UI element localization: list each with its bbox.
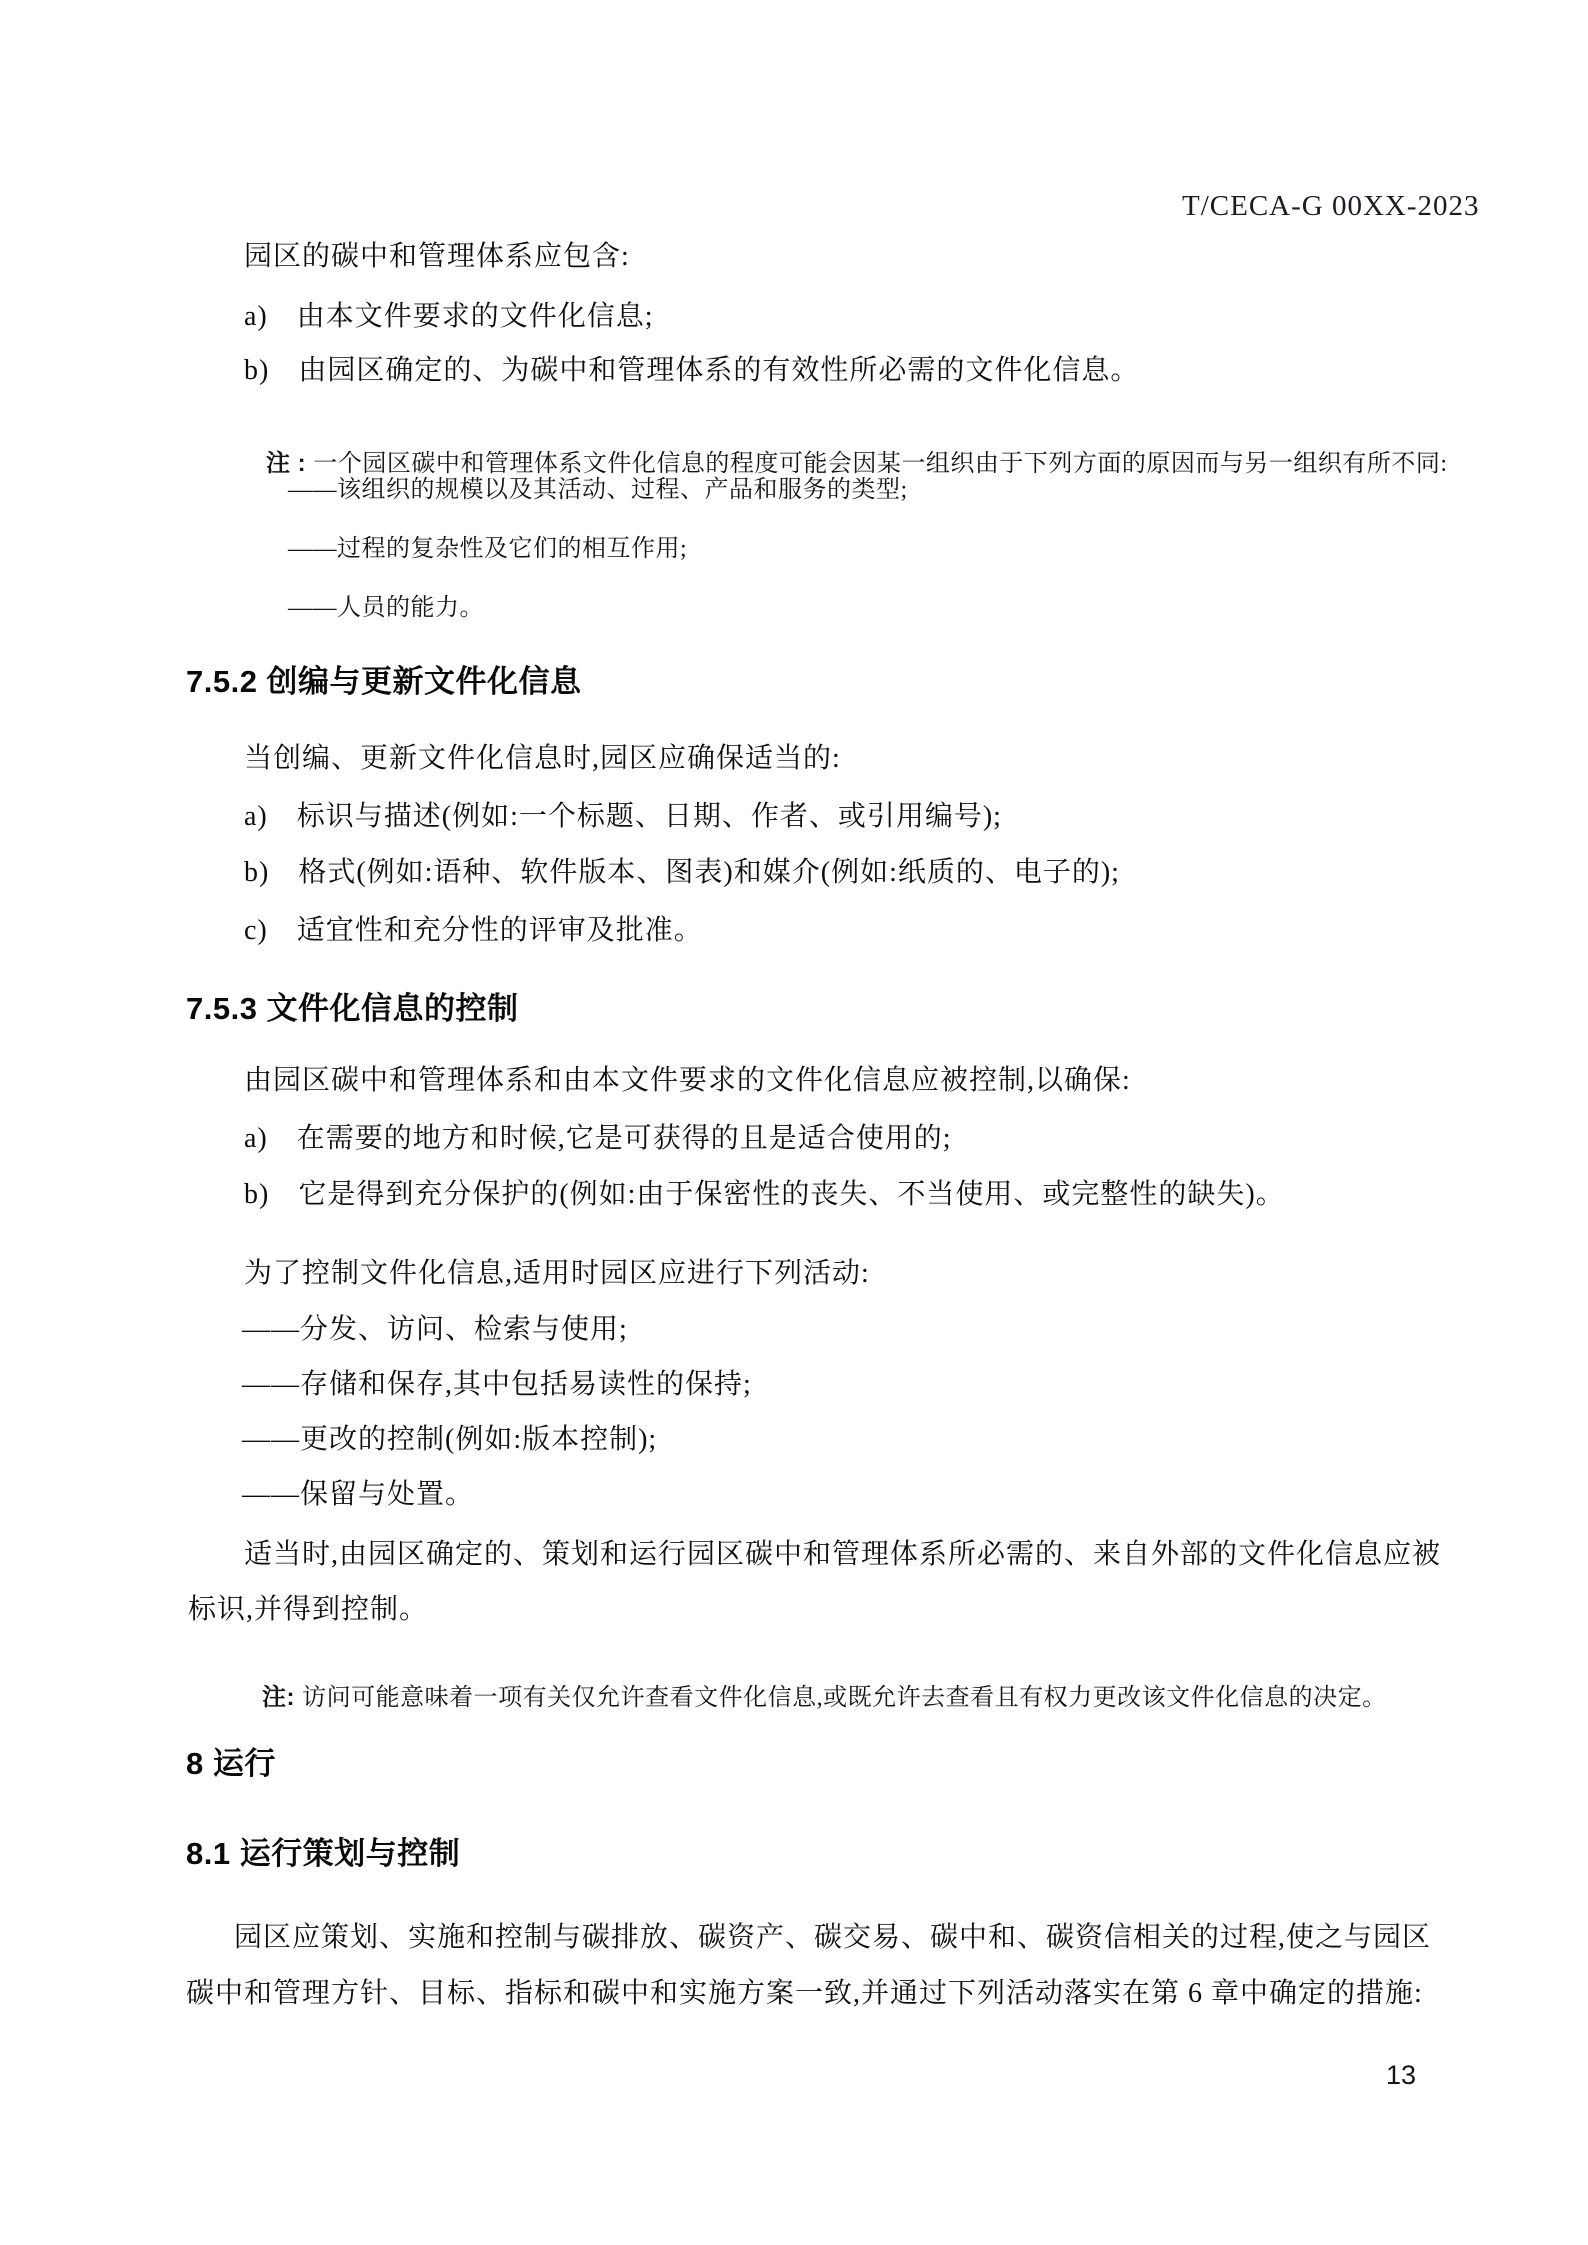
list-item-b: b) 格式(例如:语种、软件版本、图表)和媒介(例如:纸质的、电子的);: [244, 857, 1120, 889]
list-item-c: c) 适宜性和充分性的评审及批准。: [244, 915, 703, 947]
section-heading-752: 7.5.2 创编与更新文件化信息: [186, 664, 582, 700]
list-item-a: a) 在需要的地方和时候,它是可获得的且是适合使用的;: [244, 1123, 952, 1155]
paragraph-system-include: 园区的碳中和管理体系应包含:: [244, 241, 630, 273]
list-item-a: a) 标识与描述(例如:一个标题、日期、作者、或引用编号);: [244, 801, 1002, 833]
note-label: 注:: [262, 1684, 302, 1711]
paragraph-operation-line1: 园区应策划、实施和控制与碳排放、碳资产、碳交易、碳中和、碳资信相关的过程,使之与…: [234, 1922, 1431, 1954]
list-item-b: b) 由园区确定的、为碳中和管理体系的有效性所必需的文件化信息。: [244, 355, 1139, 387]
note-dash-item: ——人员的能力。: [288, 595, 484, 623]
note-text: 一个园区碳中和管理体系文件化信息的程度可能会因某一组织由于下列方面的原因而与另一…: [313, 451, 1447, 477]
paragraph-operation-line2: 碳中和管理方针、目标、指标和碳中和实施方案一致,并通过下列活动落实在第 6 章中…: [186, 1978, 1423, 2010]
note-paragraph: 注: 访问可能意味着一项有关仅允许查看文件化信息,或既允许去查看且有权力更改该文…: [236, 1656, 1387, 1740]
list-item-b: b) 它是得到充分保护的(例如:由于保密性的丧失、不当使用、或完整性的缺失)。: [244, 1179, 1285, 1211]
section-heading-753: 7.5.3 文件化信息的控制: [186, 991, 519, 1027]
doc-code-header: T/CECA-G 00XX-2023: [1182, 190, 1480, 223]
note-label: 注 :: [266, 450, 313, 477]
note-text: 访问可能意味着一项有关仅允许查看文件化信息,或既允许去查看且有权力更改该文件化信…: [302, 1685, 1387, 1711]
page-number: 13: [1386, 2060, 1416, 2091]
dash-item: ——更改的控制(例如:版本控制);: [242, 1424, 657, 1456]
paragraph-external-info-line1: 适当时,由园区确定的、策划和运行园区碳中和管理体系所必需的、来自外部的文件化信息…: [244, 1539, 1441, 1571]
note-dash-item: ——该组织的规模以及其活动、过程、产品和服务的类型;: [288, 477, 908, 505]
paragraph-control-activities: 为了控制文件化信息,适用时园区应进行下列活动:: [244, 1258, 870, 1290]
document-page: T/CECA-G 00XX-2023 园区的碳中和管理体系应包含: a) 由本文…: [0, 0, 1588, 2245]
dash-item: ——分发、访问、检索与使用;: [242, 1314, 628, 1346]
paragraph-create-update: 当创编、更新文件化信息时,园区应确保适当的:: [244, 743, 841, 775]
paragraph-control-intro: 由园区碳中和管理体系和由本文件要求的文件化信息应被控制,以确保:: [244, 1065, 1131, 1097]
dash-item: ——保留与处置。: [242, 1479, 474, 1511]
paragraph-external-info-line2: 标识,并得到控制。: [188, 1594, 428, 1626]
note-dash-item: ——过程的复杂性及它们的相互作用;: [288, 536, 687, 564]
chapter-heading-8: 8 运行: [186, 1746, 276, 1782]
list-item-a: a) 由本文件要求的文件化信息;: [244, 301, 654, 333]
section-heading-81: 8.1 运行策划与控制: [186, 1836, 460, 1872]
dash-item: ——存储和保存,其中包括易读性的保持;: [242, 1369, 752, 1401]
